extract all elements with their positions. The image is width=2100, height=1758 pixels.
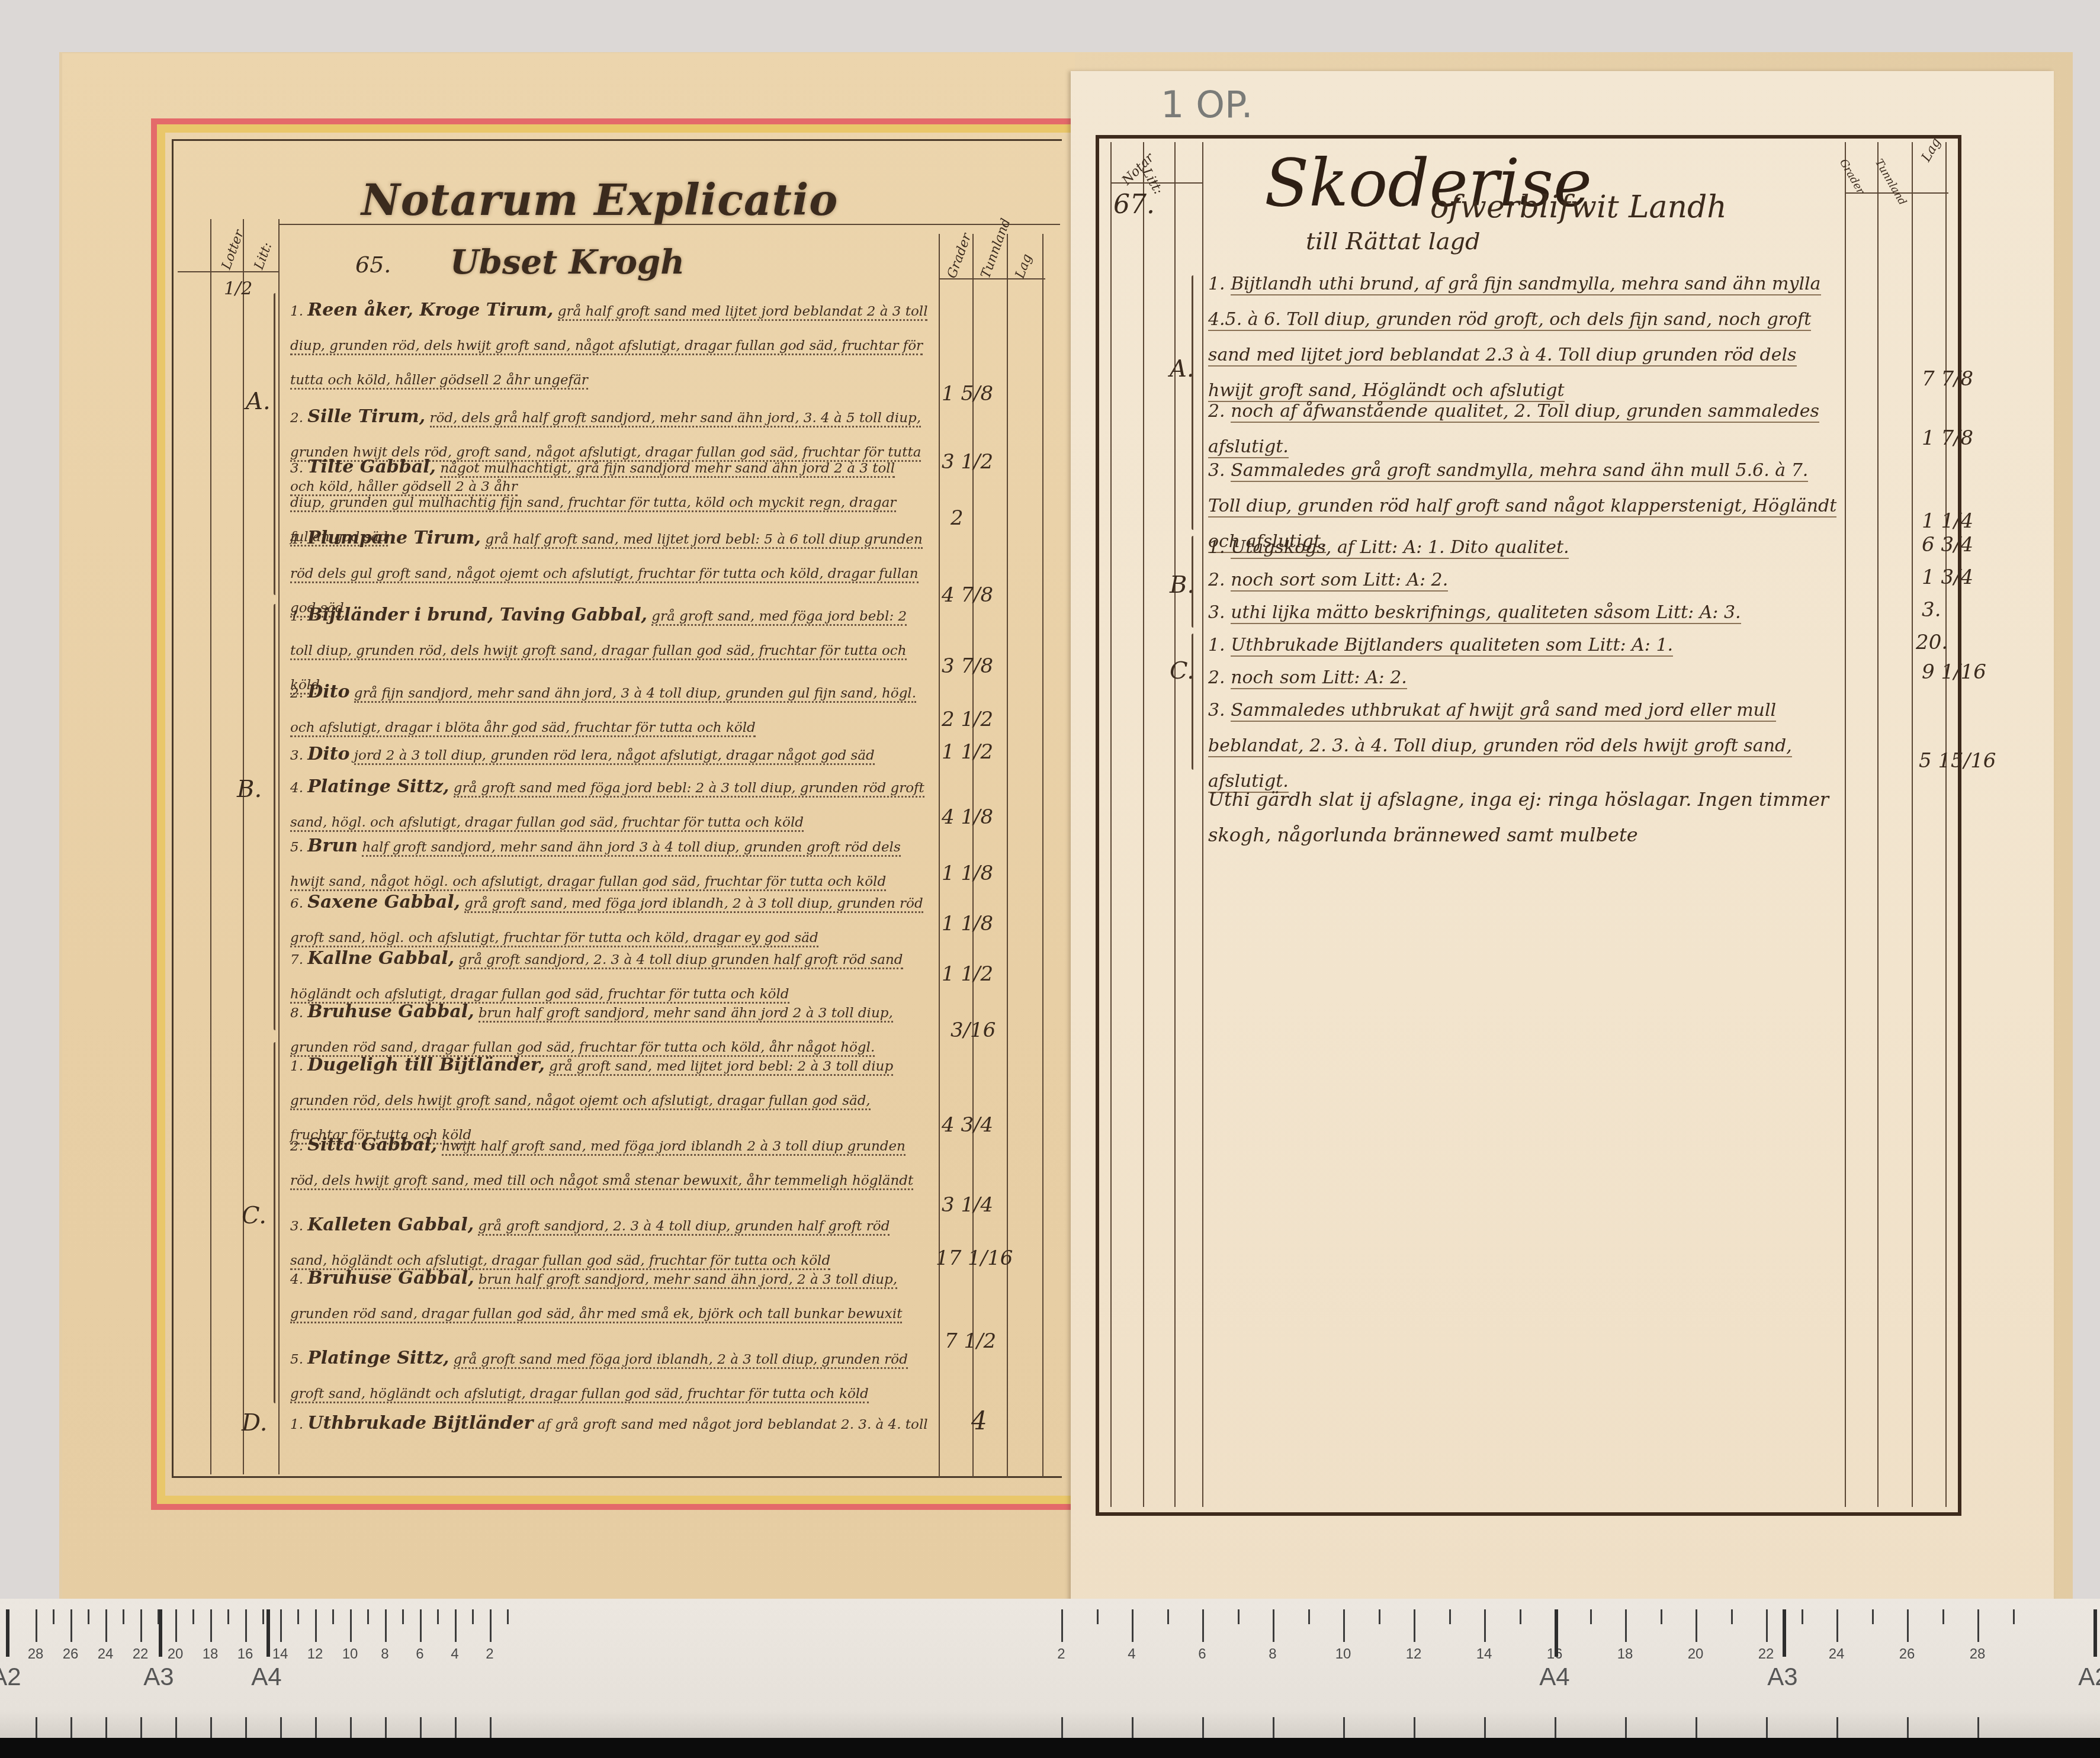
ruler-tick: [140, 1609, 142, 1642]
ruler-tick: [70, 1717, 72, 1738]
ruler-tick-label: 18: [203, 1646, 219, 1663]
ruler-tick: [1343, 1609, 1345, 1642]
ruler-tick: [1907, 1717, 1909, 1738]
ruler-tick: [1202, 1609, 1204, 1642]
entry-row: 1. Bijtlandh uthi brund, af grå fijn san…: [1208, 266, 1842, 409]
ruler-tick: [1625, 1717, 1627, 1738]
ruler-tick-label: 8: [1269, 1646, 1276, 1663]
ruler-tick: [455, 1609, 457, 1642]
ruler-size-label: A4: [251, 1663, 281, 1691]
area-value: 20.: [1916, 631, 1948, 654]
page-subtitle: till Rättat lagd: [1306, 228, 1481, 255]
ruler-tick: [1766, 1609, 1768, 1642]
ruler-tick: [123, 1609, 124, 1624]
ruler-tick: [1167, 1609, 1169, 1624]
ruler-tick: [1484, 1609, 1486, 1642]
right-page-column-divider: [1202, 142, 1203, 1507]
ruler-tick-label: 12: [307, 1646, 323, 1663]
ruler-tick: [490, 1609, 492, 1642]
pencil-annotation: 1 OP.: [1161, 83, 1253, 126]
ruler-tick: [367, 1609, 369, 1624]
right-page-column-divider: [1110, 142, 1112, 1507]
entry-row: 3. uthi lijka mätto beskrifnings, qualit…: [1208, 595, 1842, 631]
ruler-tick: [420, 1609, 422, 1642]
ruler-tick: [105, 1717, 107, 1738]
ruler-tick: [1238, 1609, 1240, 1624]
area-value: 2 1/2: [942, 708, 993, 731]
right-column-divider: [972, 234, 974, 1477]
ruler-tick: [350, 1609, 352, 1642]
ruler-tick-label: 28: [1970, 1646, 1986, 1663]
ruler-tick-label: 10: [1335, 1646, 1351, 1663]
ruler-tick: [1907, 1609, 1909, 1642]
area-value: 5 15/16: [1919, 749, 1996, 773]
ruler-tick-label: 10: [342, 1646, 358, 1663]
ruler-tick-label: 2: [486, 1646, 493, 1663]
ruler-tick: [36, 1717, 37, 1738]
area-value: 3 1/4: [942, 1193, 993, 1217]
ruler-tick: [192, 1609, 194, 1624]
entry-row: 1. Reen åker, Kroge Tirum, grå half grof…: [290, 293, 930, 397]
ruler-tick: [315, 1609, 317, 1642]
ruler-tick: [315, 1717, 317, 1738]
ruler-tick-label: 22: [1758, 1646, 1774, 1663]
area-value: 3/16: [951, 1018, 996, 1042]
ruler-tick: [2013, 1609, 2015, 1624]
ruler-tick-label: 2: [1057, 1646, 1065, 1663]
ruler-tick: [1520, 1609, 1521, 1624]
page-title: Notarum Explicatio: [361, 175, 838, 225]
map-number: 67.: [1113, 189, 1155, 220]
ruler-tick: [140, 1717, 142, 1738]
ruler-tick: [1766, 1717, 1768, 1738]
entry-row: 1. Uthbrukade Bijtländer af grå groft sa…: [290, 1406, 930, 1442]
ruler-tick: [1836, 1609, 1838, 1642]
ruler-tick: [245, 1609, 247, 1642]
ruler-tick-label: 20: [1688, 1646, 1704, 1663]
ruler-tick-label: 20: [168, 1646, 184, 1663]
ruler-major-tick: [1555, 1609, 1558, 1657]
ruler-tick: [53, 1609, 54, 1624]
ruler-major-tick: [6, 1609, 9, 1657]
ruler-tick: [1977, 1609, 1979, 1642]
right-page-column-divider: [1912, 142, 1913, 1507]
area-value: 1 1/2: [942, 740, 993, 764]
entry-row: 3. Dito jord 2 à 3 toll diup, grunden rö…: [290, 737, 930, 773]
ruler-tick-label: 28: [28, 1646, 44, 1663]
ruler-size-label: A2: [2078, 1663, 2100, 1691]
ruler-tick-label: 8: [381, 1646, 388, 1663]
entry-row: 2. noch sort som Litt: A: 2.: [1208, 563, 1842, 598]
entry-row: 2. noch som Litt: A: 2.: [1208, 660, 1842, 696]
map-number: 65.: [355, 252, 391, 278]
ruler-tick: [472, 1609, 474, 1624]
ruler-tick: [280, 1609, 282, 1642]
ruler-size-label: A3: [143, 1663, 174, 1691]
village-title: Ubset Krogh: [450, 243, 685, 282]
ruler-size-label: A4: [1539, 1663, 1569, 1691]
ruler-tick: [105, 1609, 107, 1642]
ruler-tick: [1273, 1609, 1274, 1642]
ruler-tick: [1802, 1609, 1803, 1624]
ruler-major-tick: [2093, 1609, 2097, 1657]
ruler-tick: [280, 1717, 282, 1738]
area-value: 1 1/8: [942, 912, 993, 936]
right-column-divider: [1042, 234, 1043, 1477]
ruler-tick: [402, 1609, 404, 1624]
right-page-column-divider: [1174, 142, 1176, 1507]
area-value: 1 1/8: [942, 862, 993, 885]
ruler-tick: [297, 1609, 299, 1624]
section-letter-b: B.: [1170, 571, 1195, 599]
section-brace: [274, 604, 275, 1030]
ruler-tick: [1132, 1609, 1134, 1642]
ruler-tick: [1661, 1609, 1662, 1624]
right-column-divider: [939, 234, 940, 1477]
ruler-tick: [262, 1609, 264, 1624]
ruler-tick: [507, 1609, 509, 1624]
ruler-tick: [385, 1717, 387, 1738]
section-brace: [1192, 536, 1193, 628]
ruler-tick-label: 24: [1829, 1646, 1845, 1663]
ruler-tick: [1449, 1609, 1451, 1624]
area-value: 4 7/8: [942, 583, 993, 607]
ruler-tick: [88, 1609, 89, 1624]
ruler-tick-label: 4: [451, 1646, 458, 1663]
ruler-tick-label: 26: [1899, 1646, 1915, 1663]
area-value: 3 1/2: [942, 450, 993, 474]
ruler-tick: [227, 1609, 229, 1624]
ruler-tick-label: 12: [1406, 1646, 1422, 1663]
ruler-tick-label: 18: [1617, 1646, 1633, 1663]
entry-row: 1. Utagskogs, af Litt: A: 1. Dito qualit…: [1208, 530, 1842, 565]
area-value: 4 1/8: [942, 805, 993, 829]
ruler-size-label: A2: [0, 1663, 21, 1691]
ruler-tick: [1414, 1609, 1415, 1642]
area-value: 1 1/2: [942, 962, 993, 986]
ruler-tick-label: 22: [133, 1646, 149, 1663]
entry-row: 5. Platinge Sittz, grå groft sand med fö…: [290, 1341, 930, 1411]
right-page-column-divider: [1845, 142, 1846, 1507]
ruler-tick: [1308, 1609, 1310, 1624]
first-notar-value: 1/2: [224, 278, 252, 299]
area-value: 2: [951, 506, 964, 530]
ruler-tick: [1696, 1717, 1697, 1738]
ruler-tick: [1625, 1609, 1627, 1642]
ruler-tick: [1696, 1609, 1697, 1642]
right-page-column-divider: [1143, 142, 1144, 1507]
right-column-divider: [1007, 234, 1008, 1477]
ruler-tick: [1132, 1717, 1134, 1738]
left-column-divider: [278, 219, 280, 1474]
ruler-tick-label: 14: [272, 1646, 288, 1663]
section-letter-a: A.: [246, 388, 271, 415]
ruler-tick: [1379, 1609, 1380, 1624]
area-value: 7 7/8: [1922, 367, 1973, 391]
section-letter-d: D.: [242, 1409, 267, 1436]
left-header-rule: [178, 271, 278, 272]
left-column-divider: [210, 219, 211, 1474]
right-page-column-divider: [1945, 142, 1947, 1507]
area-value: 7 1/2: [945, 1329, 996, 1353]
entry-row: 2. Dito grå fijn sandjord, mehr sand ähn…: [290, 675, 930, 745]
section-letter-b: B.: [237, 776, 262, 803]
ruler-tick-label: 6: [1198, 1646, 1206, 1663]
ruler-tick-label: 16: [237, 1646, 253, 1663]
area-value: 1 5/8: [942, 382, 993, 406]
ruler-tick: [1977, 1717, 1979, 1738]
ruler-major-tick: [1783, 1609, 1786, 1657]
page-title-continuation: ofwerblifwit Landh: [1430, 189, 1727, 225]
ruler-tick-label: 24: [98, 1646, 114, 1663]
ruler-tick: [1343, 1717, 1345, 1738]
ruler-tick: [1061, 1609, 1063, 1642]
ruler-tick: [455, 1717, 457, 1738]
ruler-tick: [175, 1717, 177, 1738]
scan-bottom-edge: [0, 1738, 2100, 1758]
section-brace: [274, 1042, 275, 1403]
ruler-size-label: A3: [1767, 1663, 1797, 1691]
ruler-tick: [350, 1717, 352, 1738]
ruler-tick: [1555, 1717, 1556, 1738]
section-brace: [1192, 275, 1193, 530]
ruler-tick: [1942, 1609, 1944, 1624]
section-brace: [274, 293, 275, 595]
ruler-tick: [1590, 1609, 1592, 1624]
area-value: 4: [971, 1406, 987, 1435]
ruler-tick: [1061, 1717, 1063, 1738]
ruler-tick-label: 14: [1476, 1646, 1492, 1663]
area-value: 6 3/4: [1922, 533, 1973, 557]
ruler-tick: [210, 1609, 212, 1642]
ruler-tick: [332, 1609, 334, 1624]
ruler-tick: [36, 1609, 37, 1642]
section-letter-c: C.: [242, 1202, 266, 1229]
area-value: 3.: [1922, 598, 1941, 622]
ruler-major-tick: [266, 1609, 270, 1657]
section-letter-c: C.: [1170, 657, 1195, 684]
ruler-tick: [385, 1609, 387, 1642]
area-value: 1 1/4: [1922, 509, 1973, 533]
section-letter-a: A.: [1170, 355, 1195, 383]
ruler-tick: [1097, 1609, 1099, 1624]
ruler-tick-label: 6: [416, 1646, 423, 1663]
ruler-tick: [1836, 1717, 1838, 1738]
right-page-column-divider: [1877, 142, 1879, 1507]
ruler-tick-label: 26: [63, 1646, 79, 1663]
ruler-tick: [1872, 1609, 1874, 1624]
ruler-tick: [1414, 1717, 1415, 1738]
left-column-divider: [243, 219, 244, 1474]
area-value: 1 3/4: [1922, 565, 1973, 589]
ruler-major-tick: [159, 1609, 162, 1657]
ruler-tick-label: 4: [1128, 1646, 1135, 1663]
area-value: 17 1/16: [936, 1246, 1013, 1270]
area-value: 4 3/4: [942, 1113, 993, 1137]
ruler-tick: [1273, 1717, 1274, 1738]
section-brace: [1192, 634, 1193, 770]
area-value: 1 7/8: [1922, 426, 1973, 450]
ruler-tick: [1202, 1717, 1204, 1738]
entry-row: 2. Sitta Gabbal, hwijt half groft sand, …: [290, 1128, 930, 1198]
ruler-tick: [70, 1609, 72, 1642]
ruler-tick: [420, 1717, 422, 1738]
area-value: 9 1/16: [1922, 660, 1986, 684]
ruler-tick: [437, 1609, 439, 1624]
ruler-tick: [1731, 1609, 1733, 1624]
ruler-tick: [1484, 1717, 1486, 1738]
ruler-tick: [175, 1609, 177, 1642]
entry-row: 4. Bruhuse Gabbal, brun half groft sandj…: [290, 1261, 930, 1331]
ruler-tick: [245, 1717, 247, 1738]
area-value: 3 7/8: [942, 654, 993, 678]
ruler-tick: [210, 1717, 212, 1738]
entry-row: 1. Uthbrukade Bijtlanders qualiteten som…: [1208, 628, 1842, 663]
ruler-tick: [490, 1717, 492, 1738]
closing-note: Uthi gärdh slat ij afslagne, inga ej: ri…: [1208, 782, 1842, 853]
